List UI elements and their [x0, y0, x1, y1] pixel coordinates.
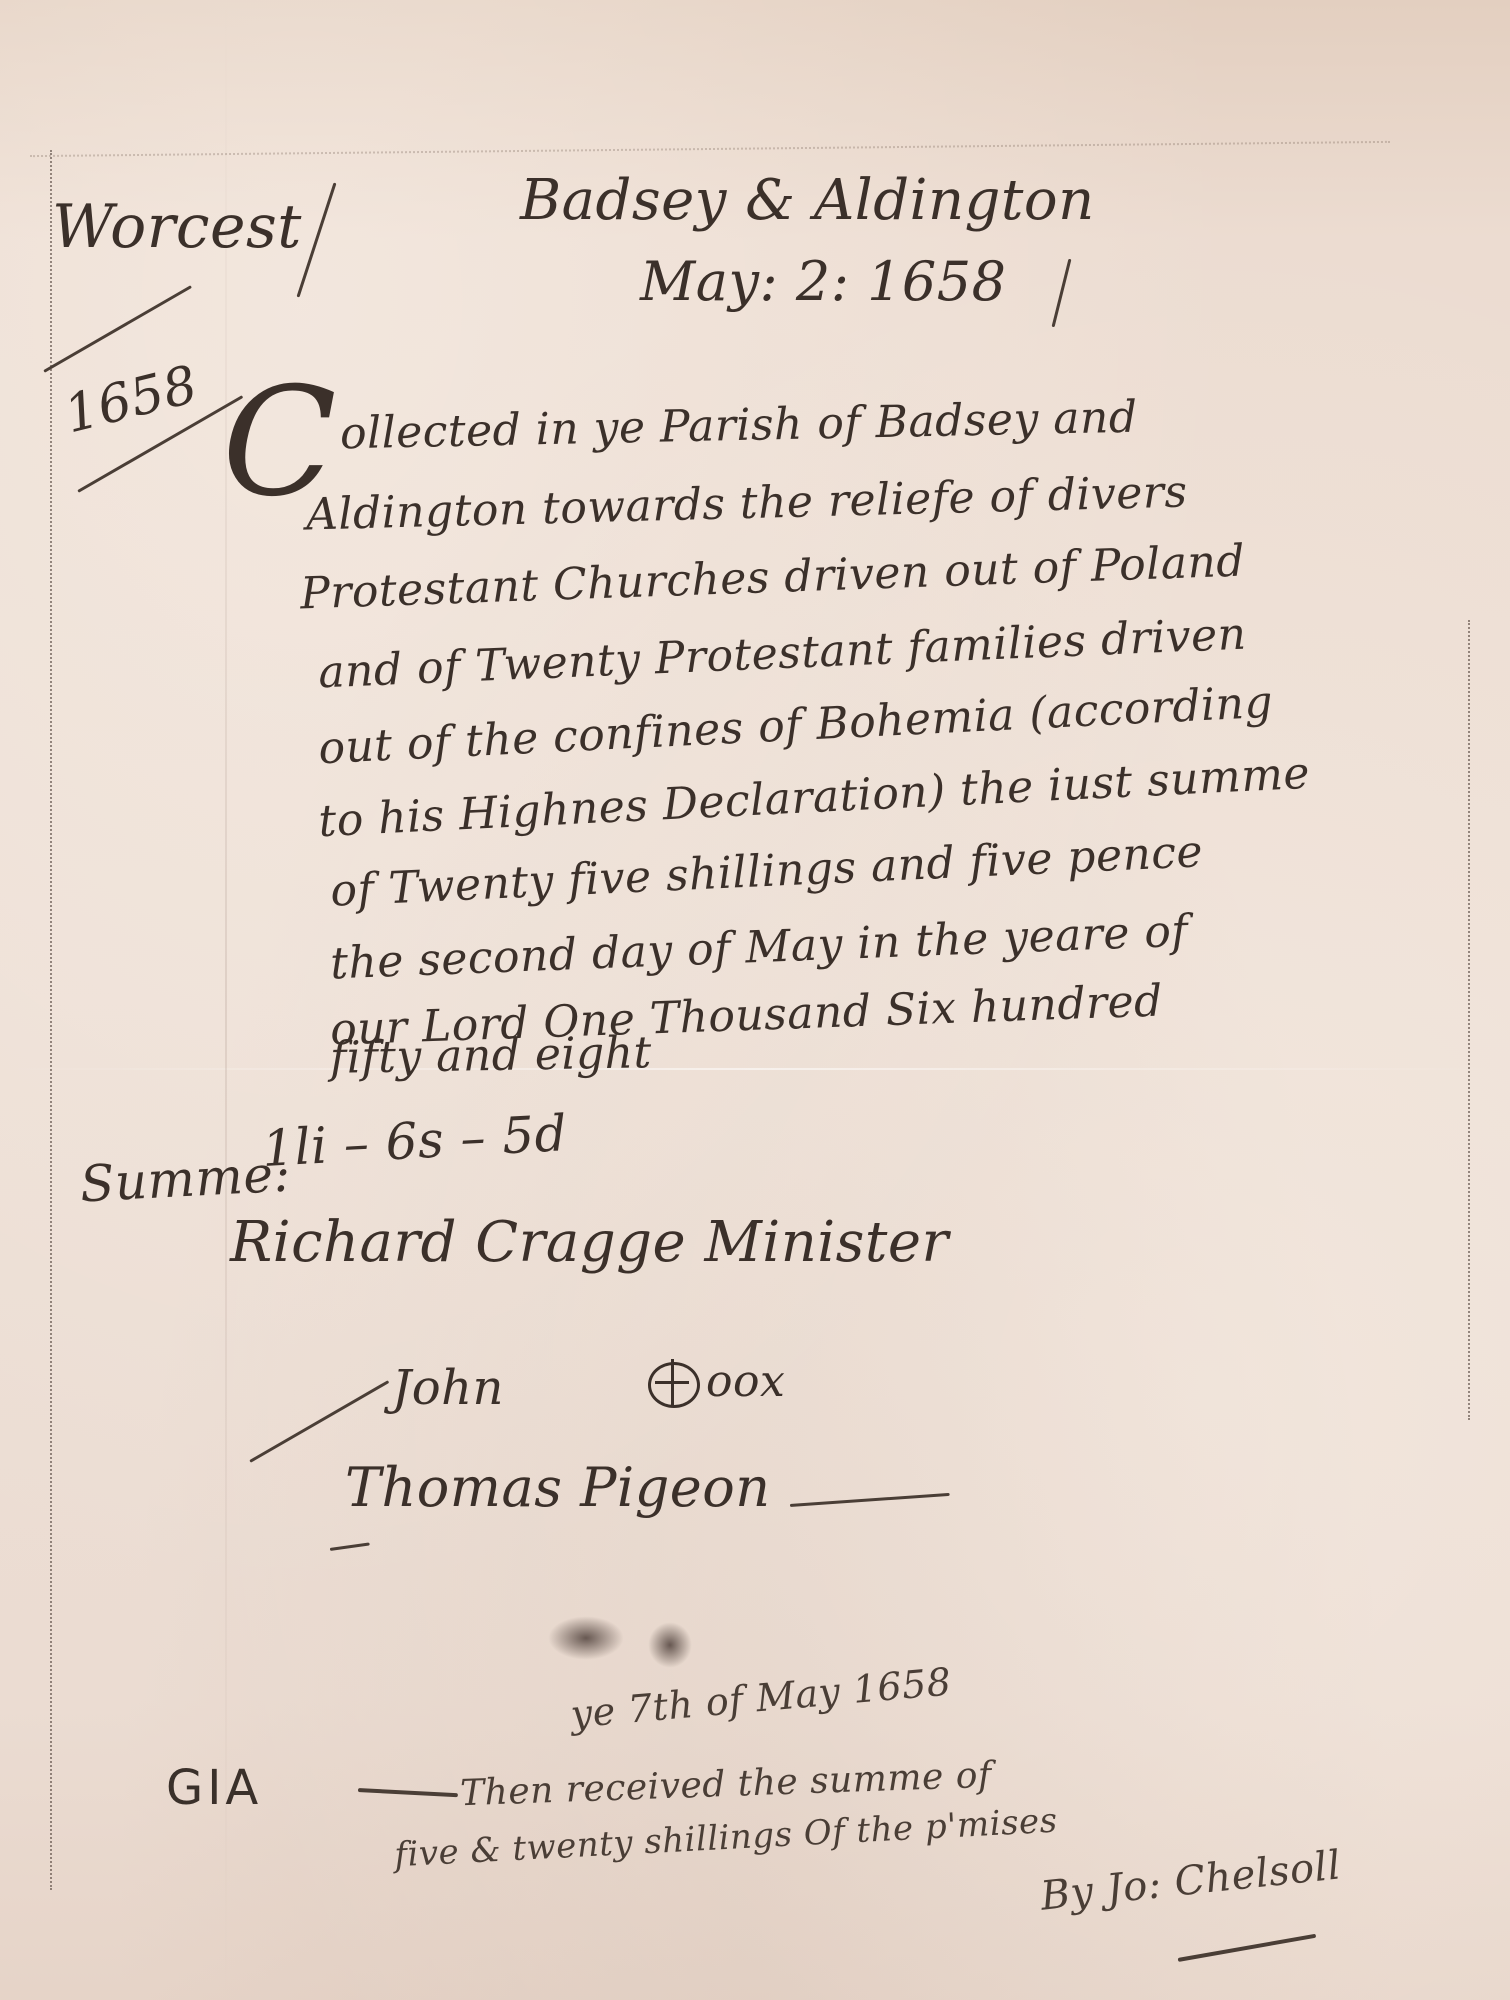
signature-john-mark-group: oox	[648, 1356, 785, 1408]
heading-date: May: 2: 1658	[640, 250, 1007, 313]
signature-john: John	[392, 1360, 504, 1416]
signature-minister: Richard Cragge Minister	[230, 1210, 949, 1275]
margin-county-note: Worcest	[52, 192, 302, 262]
heading-place: Badsey & Aldington	[520, 168, 1095, 233]
signature-mark-cross-icon	[648, 1362, 700, 1408]
ink-smudge	[548, 1616, 624, 1660]
right-margin-rule	[1468, 620, 1470, 1420]
signature-thomas-pigeon: Thomas Pigeon	[345, 1456, 771, 1519]
archive-annotation-initials: GIA	[166, 1760, 262, 1816]
signature-john-mark: oox	[706, 1356, 785, 1407]
ink-smudge	[648, 1622, 692, 1668]
sum-label: Summe:	[79, 1145, 292, 1214]
vertical-fold-line	[225, 0, 227, 2000]
left-margin-rule	[50, 150, 52, 1890]
body-line-10: fifty and eight	[330, 1027, 653, 1084]
